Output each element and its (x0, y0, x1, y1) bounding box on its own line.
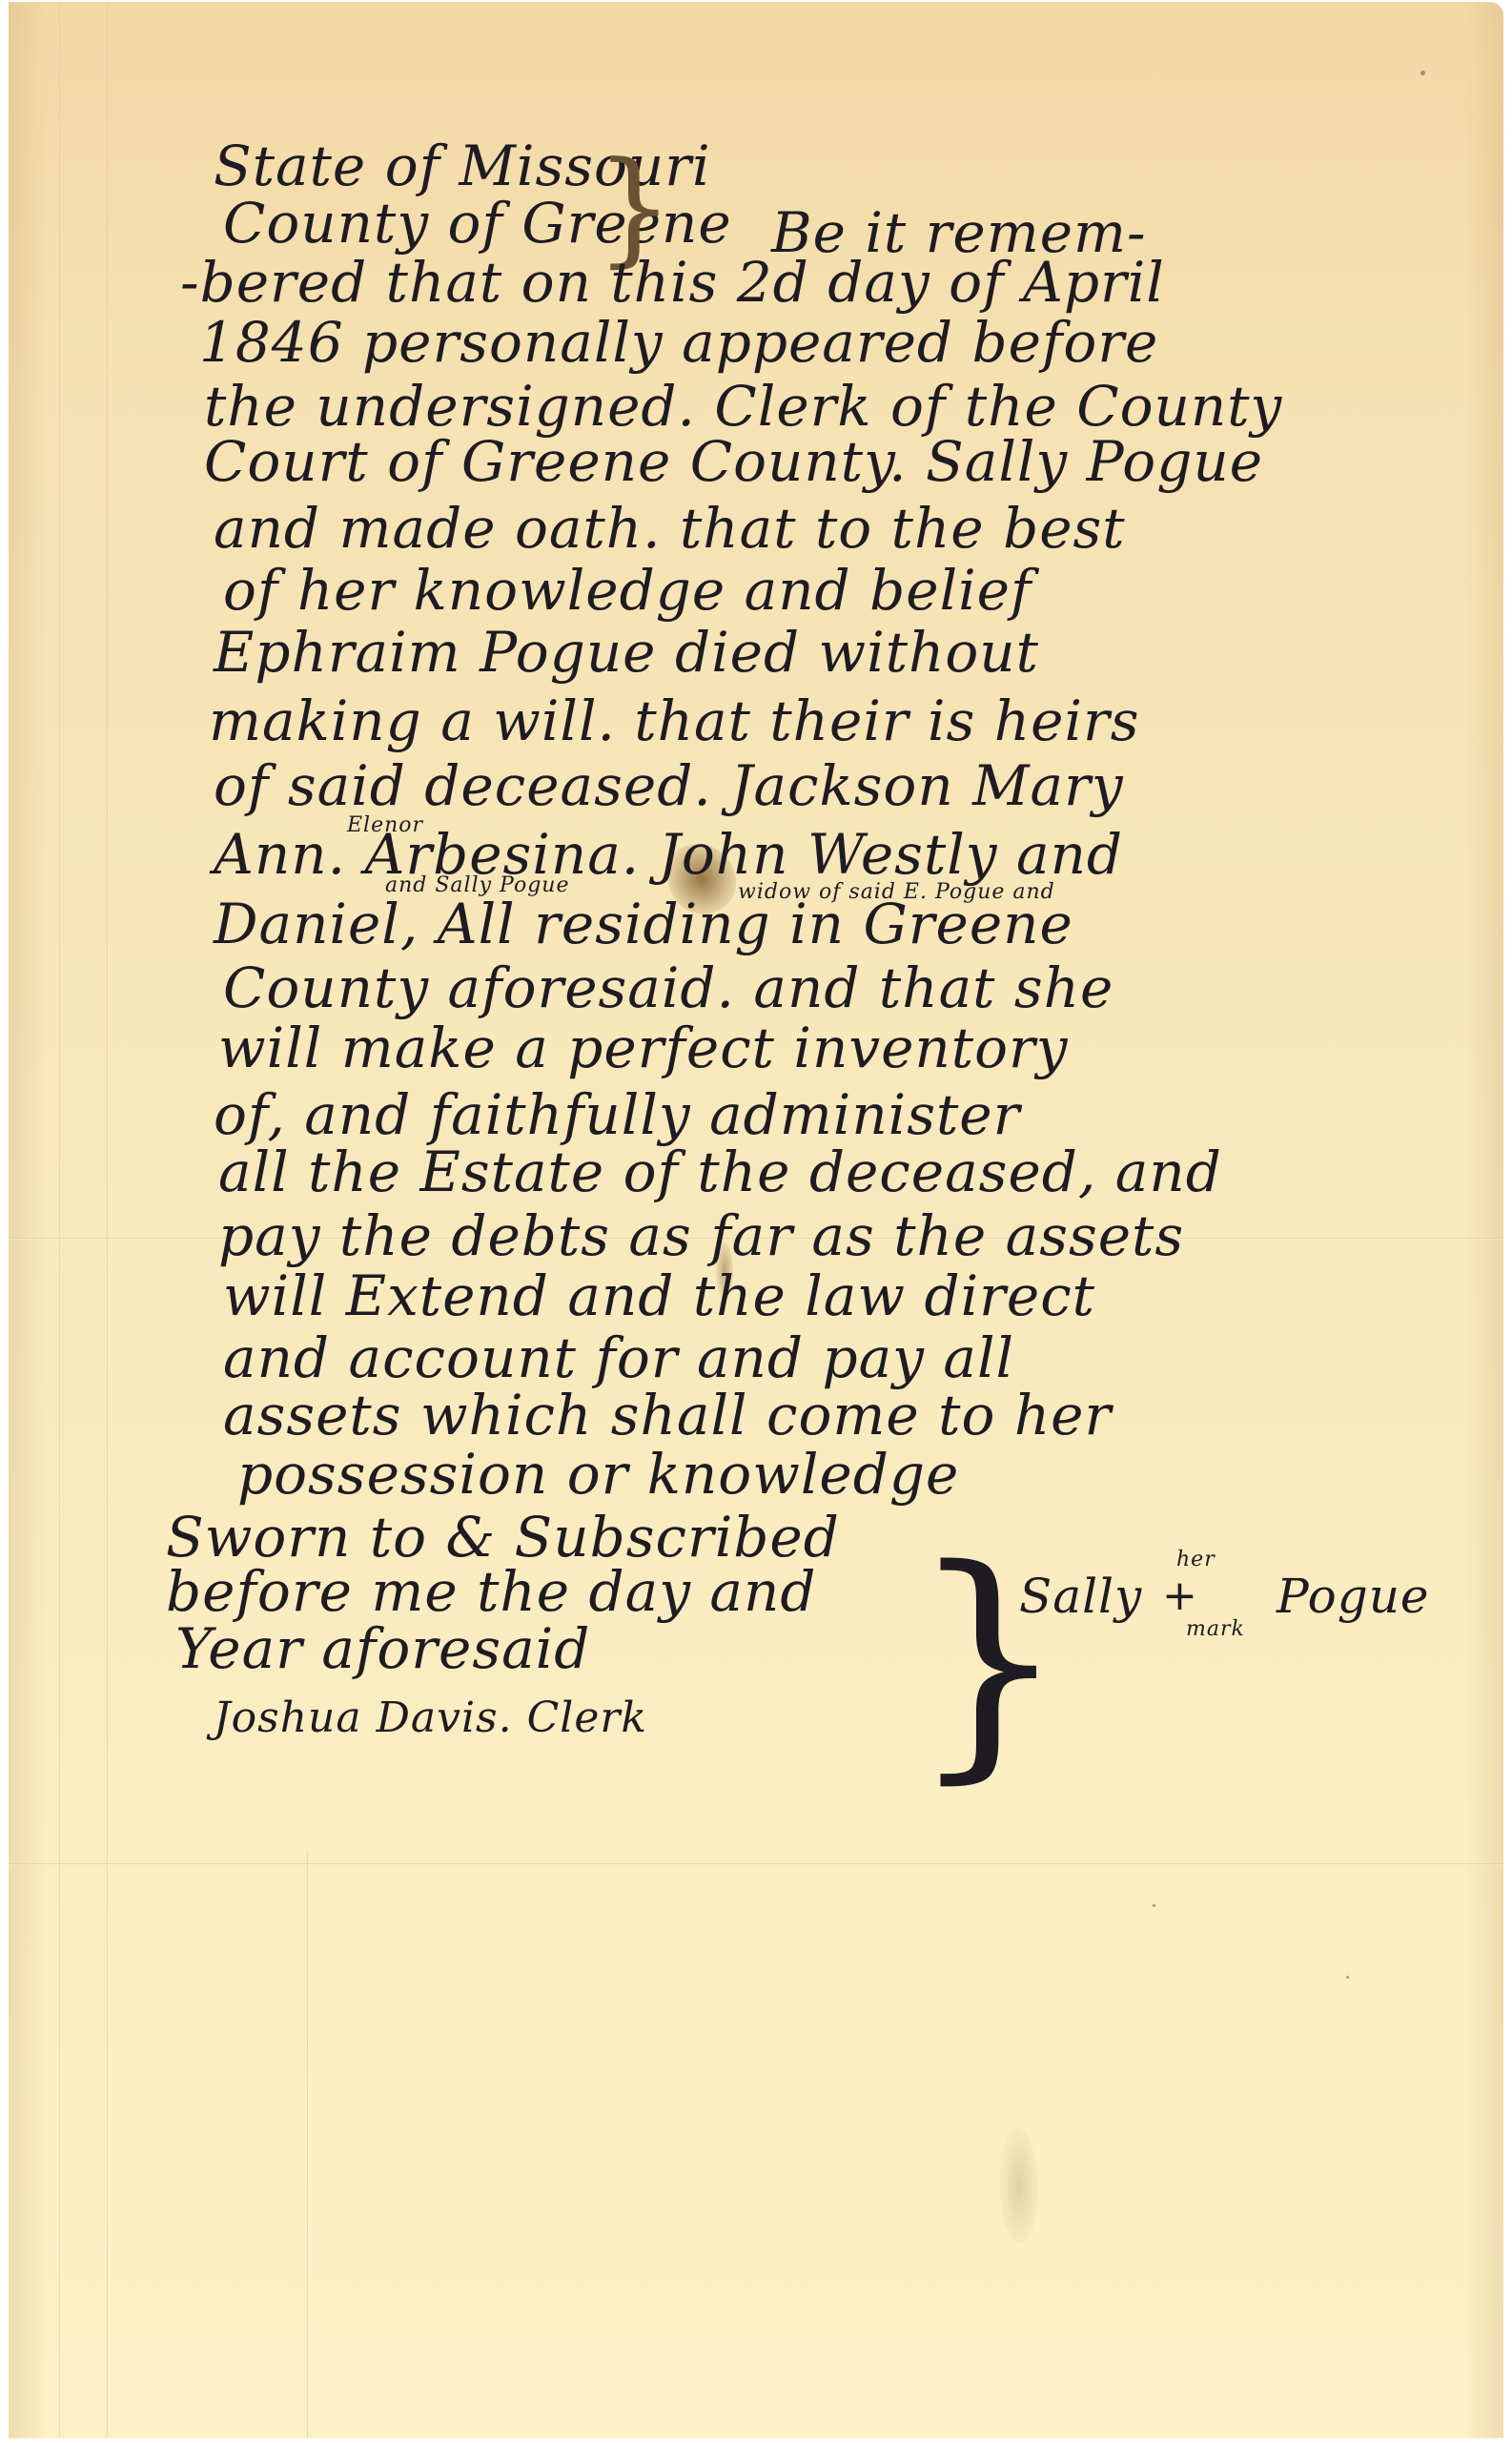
body-line-21: possession or knowledge (237, 1444, 959, 1505)
body-line-16: all the Estate of the deceased, and (218, 1141, 1222, 1202)
body-line-9: making a will. that their is heirs (209, 690, 1140, 751)
fold-line (9, 1863, 1503, 1865)
margin-line (59, 2, 60, 2438)
jurat-line-2: before me the day and (166, 1561, 816, 1622)
faint-stain (1000, 2128, 1038, 2243)
affiant-last-name: Pogue (1277, 1566, 1430, 1627)
paper-fleck (1346, 1976, 1349, 1979)
affiant-first-name: Sally (1019, 1566, 1142, 1627)
body-line-10: of said deceased. Jackson Mary (214, 755, 1124, 816)
body-line-13: County aforesaid. and that she (223, 957, 1114, 1018)
body-line-5: Court of Greene County. Sally Pogue (204, 431, 1263, 492)
body-line-3: 1846 personally appeared before (199, 312, 1158, 373)
margin-line (107, 2, 108, 2438)
paper-fleck (1420, 71, 1425, 75)
body-line-18: will Extend and the law direct (223, 1265, 1095, 1326)
body-line-19: and account for and pay all (223, 1327, 1014, 1388)
body-line-2: -bered that on this 2d day of April (180, 252, 1165, 313)
body-line-14: will make a perfect inventory (218, 1017, 1069, 1078)
body-line-15: of, and faithfully administer (214, 1084, 1020, 1145)
paper-fleck (1153, 1904, 1155, 1907)
jurat-line-3: Year aforesaid (175, 1618, 590, 1679)
body-line-7: of her knowledge and belief (223, 560, 1032, 621)
body-line-12: Daniel, All residing in Greene (214, 893, 1073, 955)
body-line-6: and made oath. that to the best (214, 498, 1126, 559)
body-line-17: pay the debts as far as the assets (218, 1205, 1184, 1266)
body-line-4: the undersigned. Clerk of the County (204, 376, 1282, 437)
margin-line (307, 1852, 308, 2438)
body-line-20: assets which shall come to her (223, 1385, 1112, 1446)
document-page: State of Missouri County of Greene } Be … (9, 2, 1503, 2438)
affiant-mark-label: mark (1186, 1618, 1245, 1641)
body-line-11: Ann. Arbesina. John Westly and (214, 824, 1123, 885)
body-line-8: Ephraim Pogue died without (214, 622, 1039, 683)
clerk-signature: Joshua Davis. Clerk (214, 1688, 647, 1749)
